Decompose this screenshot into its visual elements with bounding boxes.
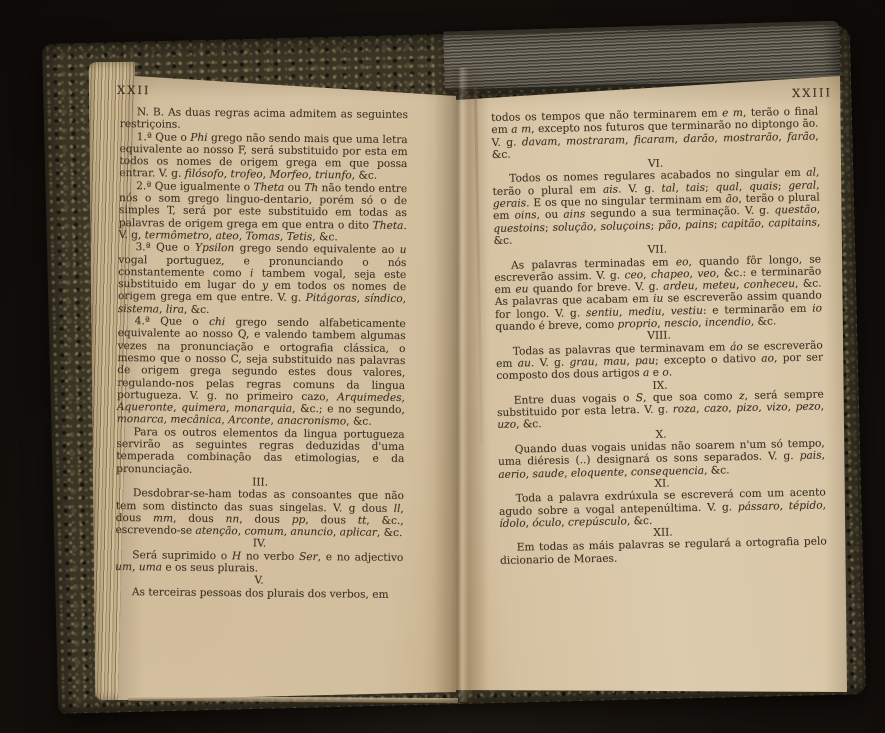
paragraph: todos os tempos que não terminarem em e … xyxy=(491,105,819,161)
paragraph: N. B. As duas regras acima admitem as se… xyxy=(120,106,408,134)
page-number-left: XXII xyxy=(117,83,151,97)
right-page-text: todos os tempos que não terminarem em e … xyxy=(491,105,827,566)
paragraph: Para os outros elementos da lingua portu… xyxy=(116,426,404,478)
paragraph: Desdobrar-se-ham todas as consoantes que… xyxy=(115,487,403,539)
paragraph: 1.ª Que o Phi grego não sendo mais que u… xyxy=(119,131,407,183)
paragraph: 4.ª Que o chi grego sendo alfabeticament… xyxy=(117,315,406,429)
book-photo: XXII XXIII N. B. As duas regras acima ad… xyxy=(0,0,885,733)
paragraph: Será suprimido o H no verbo Ser, e no ad… xyxy=(115,549,403,577)
paragraph: 2.ª Que igualmente o Theta ou Th não ten… xyxy=(119,180,408,244)
paragraph: As palavras terminadas em eo, quando fôr… xyxy=(494,253,822,333)
left-page-text: N. B. As duas regras acima admitem as se… xyxy=(115,106,408,601)
page-number-right: XXIII xyxy=(768,85,832,100)
paragraph: Todos os nomes regulares acabados no sin… xyxy=(492,167,820,247)
paragraph: 3.ª Que o Ypsilon grego sendo equivalent… xyxy=(118,241,407,318)
